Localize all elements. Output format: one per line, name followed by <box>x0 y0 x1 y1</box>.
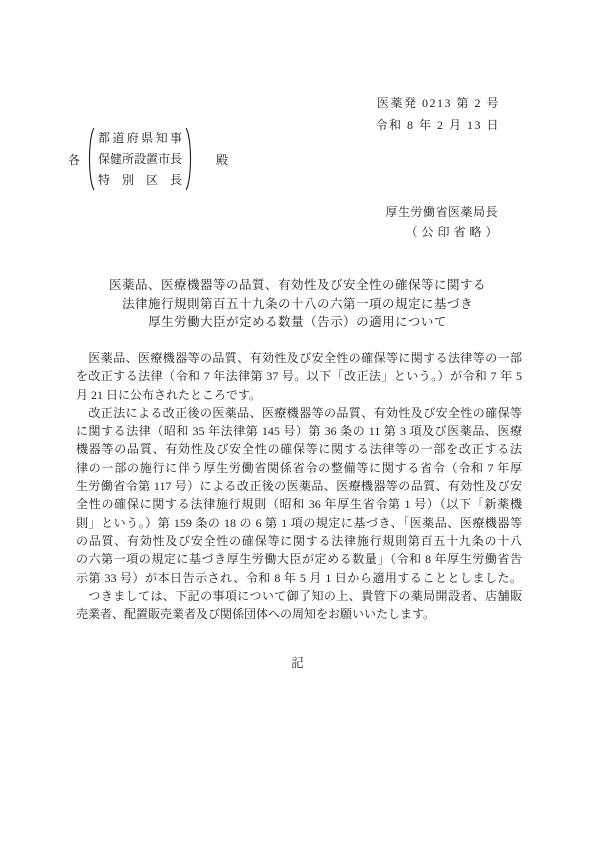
document-date: 令和 8 年 2 月 13 日 <box>375 114 500 136</box>
addressee-recipient-list: 都道府県知事 保健所設置市長 特 別 区 長 <box>98 128 182 191</box>
body-line: 売業者、配置販売業者及び関係団体への周知をお願いいたします。 <box>76 605 522 623</box>
body-line: 則」という。）第 159 条の 18 の 6 第 1 項の規定に基づき、「医薬品… <box>76 514 522 532</box>
subject-line: 法律施行規則第百五十九条の十八の六第一項の規定に基づき <box>0 295 595 314</box>
body-line: の六第一項の規定に基づき厚生労働大臣が定める数量」（令和 8 年厚生労働省告 <box>76 550 522 568</box>
record-marker: 記 <box>0 654 595 672</box>
body-line: を改正する法律（令和 7 年法律第 37 号。以下「改正法」という。）が令和 7… <box>76 367 522 385</box>
body-line: 全性の確保に関する法律施行規則（昭和 36 年厚生省令第 1 号）（以下「新薬機 <box>76 495 522 513</box>
sender-title: 厚生労働省医薬局長 <box>385 203 498 223</box>
subject-line: 医薬品、医療機器等の品質、有効性及び安全性の確保等に関する <box>0 276 595 295</box>
body-line: 医薬品、医療機器等の品質、有効性及び安全性の確保等に関する法律等の一部 <box>76 349 522 367</box>
body-line: 示第 33 号）が本日告示され、令和 8 年 5 月 1 日から適用することとし… <box>76 569 522 587</box>
addressee-block: 各 都道府県知事 保健所設置市長 特 別 区 長 殿 <box>68 127 228 191</box>
body-line: の品質、有効性及び安全性の確保等に関する法律施行規則第百五十九条の十八 <box>76 532 522 550</box>
addressee-recipient: 都道府県知事 <box>98 128 182 149</box>
subject-title: 医薬品、医療機器等の品質、有効性及び安全性の確保等に関する 法律施行規則第百五十… <box>0 276 595 332</box>
left-bracket <box>86 127 95 191</box>
document-number: 医薬発 0213 第 2 号 <box>375 92 500 114</box>
body-line: 月 21 日に公布されたところです。 <box>76 386 522 404</box>
addressee-recipient: 特 別 区 長 <box>98 170 182 191</box>
addressee-prefix: 各 <box>68 151 80 168</box>
body-line: 改正法による改正後の医薬品、医療機器等の品質、有効性及び安全性の確保等 <box>76 404 522 422</box>
body-line: 機器等の品質、有効性及び安全性の確保等に関する法律等の一部を改正する法 <box>76 440 522 458</box>
body-line: つきましては、下記の事項について御了知の上、貴管下の薬局開設者、店舗販 <box>76 587 522 605</box>
body-line: 律の一部の施行に伴う厚生労働省関係省令の整備等に関する省令（令和 7 年厚 <box>76 459 522 477</box>
document-page: 医薬発 0213 第 2 号 令和 8 年 2 月 13 日 各 都道府県知事 … <box>0 0 595 841</box>
body-line: に関する法律（昭和 35 年法律第 145 号）第 36 条の 11 第 3 項… <box>76 422 522 440</box>
right-bracket <box>185 127 194 191</box>
document-header: 医薬発 0213 第 2 号 令和 8 年 2 月 13 日 <box>375 92 500 136</box>
addressee-recipient: 保健所設置市長 <box>98 149 182 170</box>
sender-seal-note: （ 公 印 省 略 ） <box>385 223 498 243</box>
body-text: 医薬品、医療機器等の品質、有効性及び安全性の確保等に関する法律等の一部 を改正す… <box>76 349 522 623</box>
addressee-honorific: 殿 <box>216 151 228 168</box>
sender-block: 厚生労働省医薬局長 （ 公 印 省 略 ） <box>385 203 498 242</box>
body-line: 生労働省令第 117 号）による改正後の医薬品、医療機器等の品質、有効性及び安 <box>76 477 522 495</box>
subject-line: 厚生労働大臣が定める数量（告示）の適用について <box>0 313 595 332</box>
